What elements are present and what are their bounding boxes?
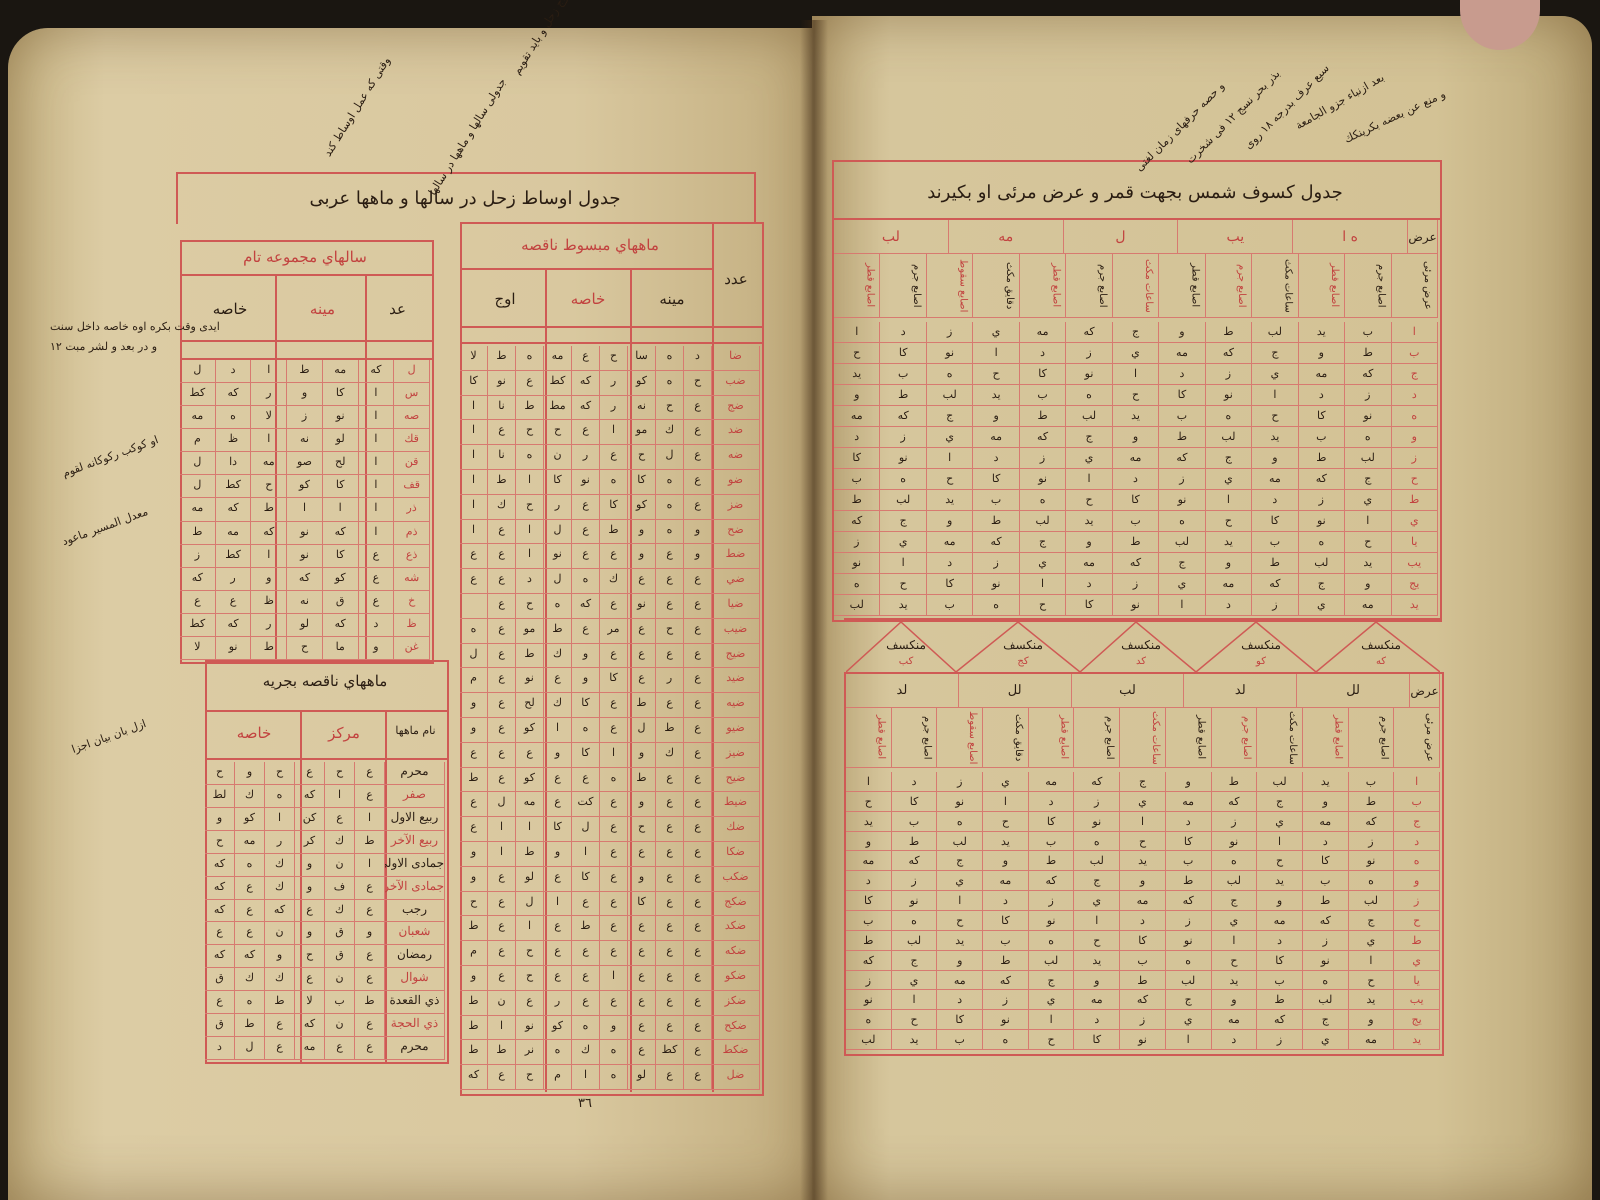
table-cell: و xyxy=(1206,553,1252,574)
table-cell: ح xyxy=(1066,490,1112,511)
table-cell: ج xyxy=(1349,911,1395,931)
table-cell: د xyxy=(1066,574,1112,595)
table-cell: ب xyxy=(1299,427,1345,448)
table-cell: يد xyxy=(1257,871,1303,891)
table-cell: د xyxy=(834,427,880,448)
table-cell: ا xyxy=(937,891,983,911)
table-cell: كه xyxy=(880,406,926,427)
table-cell: ه xyxy=(983,1030,1029,1050)
table-cell: ح xyxy=(1020,595,1066,616)
table-cell: و xyxy=(927,511,973,532)
table-cell: ز xyxy=(927,322,973,343)
table-cell: نو xyxy=(846,990,892,1010)
table-cell: كه xyxy=(973,532,1019,553)
table-cell: ج xyxy=(1020,532,1066,553)
table-cell: ا xyxy=(1252,385,1298,406)
upper-column-labels: اصابع قطر اصابع جرم اصابع سقوط دقايق مكث… xyxy=(834,254,1438,318)
table-cell: ح xyxy=(973,364,1019,385)
table-cell: ب xyxy=(1029,832,1075,852)
triangle-band: منكسف منكسف منكسف منكسف منكسف كب كج كد ك… xyxy=(846,620,1440,672)
table-cell: ز xyxy=(834,532,880,553)
row-label: و xyxy=(1394,871,1440,891)
table-cell: لب xyxy=(1349,891,1395,911)
table-cell: ا xyxy=(1345,511,1391,532)
table-cell: لب xyxy=(1212,871,1258,891)
table-cell: كه xyxy=(1299,469,1345,490)
table-cell: مه xyxy=(834,406,880,427)
row-label: ب xyxy=(1394,792,1440,812)
row-label: يج xyxy=(1394,1010,1440,1030)
table-cell: نو xyxy=(880,448,926,469)
table-cell: يد xyxy=(1113,406,1159,427)
years-table-body: لداطمهكهل كطكهروكااس مههلازنواصه مظانهلو… xyxy=(180,360,430,660)
table-cell: مه xyxy=(1159,343,1205,364)
table-cell: كه xyxy=(1303,911,1349,931)
table-cell: ز xyxy=(1299,490,1345,511)
table-cell: ا xyxy=(1020,574,1066,595)
table-cell: ط xyxy=(1252,553,1298,574)
table-cell: ح xyxy=(846,792,892,812)
table-cell: ي xyxy=(937,871,983,891)
table-cell: د xyxy=(892,772,938,792)
table-cell: ح xyxy=(834,343,880,364)
row-label: ج xyxy=(1392,364,1438,385)
table-cell: مه xyxy=(1303,812,1349,832)
table-cell: كه xyxy=(1257,1010,1303,1030)
table-cell: مه xyxy=(1113,448,1159,469)
table-cell: د xyxy=(1212,1030,1258,1050)
table-cell: ب xyxy=(1349,772,1395,792)
table-cell: ج xyxy=(937,851,983,871)
row-label: يا xyxy=(1394,971,1440,991)
table-cell: ه xyxy=(1074,832,1120,852)
table-cell: ز xyxy=(1206,364,1252,385)
table-cell: لب xyxy=(834,595,880,616)
table-cell: ه xyxy=(1206,406,1252,427)
table-cell: لب xyxy=(1299,553,1345,574)
table-cell: ي xyxy=(1074,891,1120,911)
table-cell: ط xyxy=(880,385,926,406)
table-cell: ب xyxy=(973,490,1019,511)
table-cell: نو xyxy=(1120,1030,1166,1050)
table-cell: ج xyxy=(1252,343,1298,364)
table-cell: لب xyxy=(1257,772,1303,792)
table-cell: ه xyxy=(1020,490,1066,511)
month-label: محرم xyxy=(385,762,445,785)
table-cell: ح xyxy=(1252,406,1298,427)
table-cell: مه xyxy=(1074,990,1120,1010)
table-cell: كه xyxy=(1212,792,1258,812)
table-cell: ز xyxy=(1303,931,1349,951)
table-cell: د xyxy=(937,990,983,1010)
table-cell: ي xyxy=(1257,812,1303,832)
table-cell: ج xyxy=(1066,427,1112,448)
table-cell: د xyxy=(846,871,892,891)
table-cell: ي xyxy=(1299,595,1345,616)
table-cell: مه xyxy=(1345,595,1391,616)
table-cell: و xyxy=(1257,891,1303,911)
table-cell: ي xyxy=(973,322,1019,343)
table-cell: نو xyxy=(1212,832,1258,852)
row-label: ح xyxy=(1392,469,1438,490)
table-cell: ح xyxy=(1074,931,1120,951)
table-cell: لب xyxy=(1066,406,1112,427)
table-cell: و xyxy=(1345,574,1391,595)
table-cell: ه xyxy=(834,574,880,595)
table-cell: د xyxy=(1299,385,1345,406)
table-cell: ا xyxy=(1349,951,1395,971)
table-cell: ج xyxy=(892,951,938,971)
table-cell: ز xyxy=(1349,832,1395,852)
table-cell: ج xyxy=(1166,990,1212,1010)
table-cell: كه xyxy=(1252,574,1298,595)
table-cell: و xyxy=(937,951,983,971)
table-cell: يد xyxy=(834,364,880,385)
table-cell: نو xyxy=(834,553,880,574)
table-cell: نو xyxy=(1349,851,1395,871)
table-cell: كه xyxy=(1120,990,1166,1010)
table-cell: يد xyxy=(1206,532,1252,553)
table-cell: ز xyxy=(1066,343,1112,364)
table-cell: ب xyxy=(983,931,1029,951)
table-cell: يد xyxy=(1252,427,1298,448)
table-cell: نو xyxy=(1020,469,1066,490)
table-cell: يد xyxy=(1349,990,1395,1010)
table-cell: ا xyxy=(1166,1030,1212,1050)
table-cell: كه xyxy=(1020,427,1066,448)
naqisa-col-month: نام ماهها xyxy=(388,724,443,737)
table-cell: و xyxy=(1303,792,1349,812)
table-cell: ز xyxy=(1120,1010,1166,1030)
table-cell: ه xyxy=(927,364,973,385)
table-cell: ب xyxy=(834,469,880,490)
row-label: يا xyxy=(1392,532,1438,553)
table-cell: و xyxy=(1299,343,1345,364)
table-cell: كا xyxy=(1159,385,1205,406)
table-cell: ي xyxy=(1345,490,1391,511)
table-cell: ز xyxy=(892,871,938,891)
table-cell: ج xyxy=(1206,448,1252,469)
row-label: د xyxy=(1394,832,1440,852)
table-cell: يد xyxy=(1303,772,1349,792)
naqisa-months-header: ماههاي ناقصه بجريه xyxy=(210,672,440,690)
table-cell: ط xyxy=(1029,851,1075,871)
table-cell: ط xyxy=(973,511,1019,532)
table-cell: ب xyxy=(1257,971,1303,991)
table-cell: و xyxy=(983,851,1029,871)
table-cell: يد xyxy=(1345,553,1391,574)
table-cell: و xyxy=(1074,971,1120,991)
triangle-label: منكسف xyxy=(876,638,936,652)
table-cell: كا xyxy=(983,911,1029,931)
table-cell: ه xyxy=(1166,951,1212,971)
table-cell: لب xyxy=(846,1030,892,1050)
table-cell: د xyxy=(973,448,1019,469)
table-cell: مه xyxy=(1029,772,1075,792)
table-cell: كا xyxy=(973,469,1019,490)
table-cell: ط xyxy=(1299,448,1345,469)
table-cell: كه xyxy=(892,851,938,871)
table-cell: د xyxy=(1206,595,1252,616)
table-cell: ا xyxy=(1120,812,1166,832)
table-cell: مه xyxy=(1020,322,1066,343)
table-cell: ح xyxy=(1349,971,1395,991)
table-cell: د xyxy=(1020,343,1066,364)
table-cell: يد xyxy=(1066,511,1112,532)
table-cell: لب xyxy=(1206,427,1252,448)
years-cell: ل xyxy=(180,360,216,383)
table-cell: كا xyxy=(880,343,926,364)
row-label: ج xyxy=(1394,812,1440,832)
table-cell: ب xyxy=(846,911,892,931)
table-cell: ه xyxy=(1349,871,1395,891)
table-cell: ب xyxy=(1303,871,1349,891)
right-page-title: جدول کسوف شمس بجهت قمر و عرض مرئی او بکی… xyxy=(840,182,1430,203)
table-cell: كه xyxy=(1066,322,1112,343)
table-cell: ز xyxy=(1029,891,1075,911)
row-label: ح xyxy=(1394,911,1440,931)
table-cell: ي xyxy=(983,772,1029,792)
table-cell: ز xyxy=(1159,469,1205,490)
table-cell: لب xyxy=(1345,448,1391,469)
table-cell: و xyxy=(846,832,892,852)
mabsut-col-awj: اوج xyxy=(466,290,544,308)
table-cell: نو xyxy=(892,891,938,911)
row-label: و xyxy=(1392,427,1438,448)
row-label: ه xyxy=(1394,851,1440,871)
table-cell: لب xyxy=(880,490,926,511)
table-cell: مه xyxy=(1252,469,1298,490)
table-cell: ط xyxy=(1166,871,1212,891)
table-cell: ب xyxy=(1166,851,1212,871)
margin-note: ایدی وقت بکره اوه خاصه داخل سنت xyxy=(50,320,220,334)
table-cell: ا xyxy=(983,792,1029,812)
lower-column-labels: اصابع قطر اصابع جرم اصابع سقوط دقايق مكث… xyxy=(846,708,1440,768)
table-cell: ح xyxy=(1206,511,1252,532)
table-cell: ز xyxy=(1166,911,1212,931)
row-label: ب xyxy=(1392,343,1438,364)
table-cell: كا xyxy=(1113,490,1159,511)
book-gutter xyxy=(800,20,828,1200)
table-cell: ج xyxy=(1074,871,1120,891)
table-cell: ب xyxy=(1113,511,1159,532)
table-cell: د xyxy=(880,322,926,343)
page-number: ٣٦ xyxy=(578,1096,592,1111)
table-cell: ط xyxy=(1206,322,1252,343)
years-col-khassa: خاصه xyxy=(185,300,275,318)
table-cell: ي xyxy=(1029,990,1075,1010)
table-cell: ي xyxy=(1020,553,1066,574)
table-cell: ز xyxy=(880,427,926,448)
table-cell: ج xyxy=(1345,469,1391,490)
table-cell: ح xyxy=(892,1010,938,1030)
row-label: يب xyxy=(1392,553,1438,574)
table-cell: ج xyxy=(1299,574,1345,595)
table-cell: ط xyxy=(983,951,1029,971)
mabsut-months-body: لاطهمهعحساهدضا كانوعكطكهركوهحضب اناطمطكه… xyxy=(460,346,760,1090)
row-label: ط xyxy=(1394,931,1440,951)
table-cell: ه xyxy=(1159,511,1205,532)
table-cell: ط xyxy=(1257,990,1303,1010)
table-cell: و xyxy=(1066,532,1112,553)
table-cell: مه xyxy=(983,871,1029,891)
table-cell: ز xyxy=(1113,574,1159,595)
table-cell: يد xyxy=(927,490,973,511)
table-cell: نو xyxy=(1166,931,1212,951)
table-cell: لب xyxy=(1074,851,1120,871)
table-cell: ه xyxy=(880,469,926,490)
table-cell: ج xyxy=(1120,772,1166,792)
table-cell: ي xyxy=(1212,911,1258,931)
table-cell: ز xyxy=(1252,595,1298,616)
table-cell: كه xyxy=(1166,891,1212,911)
table-cell: ي xyxy=(880,532,926,553)
table-cell: د xyxy=(1159,364,1205,385)
table-cell: ا xyxy=(1066,469,1112,490)
table-cell: مه xyxy=(937,971,983,991)
table-cell: لب xyxy=(937,832,983,852)
mabsut-months-header: ماههاي مبسوط ناقصه xyxy=(465,236,715,254)
table-cell: نو xyxy=(1299,511,1345,532)
table-cell: و xyxy=(1159,322,1205,343)
table-cell: يد xyxy=(880,595,926,616)
table-cell: كه xyxy=(1345,364,1391,385)
table-cell: ي xyxy=(1113,343,1159,364)
table-cell: ه xyxy=(1066,385,1112,406)
table-cell: ج xyxy=(1113,322,1159,343)
mabsut-col-adad: عدد xyxy=(716,270,756,288)
row-label: ه xyxy=(1392,406,1438,427)
table-cell: كا xyxy=(1029,812,1075,832)
table-cell: كه xyxy=(1349,812,1395,832)
naqisa-col-khassa: خاصه xyxy=(210,724,298,742)
table-cell: نو xyxy=(1345,406,1391,427)
naqisa-col-markaz: مركز xyxy=(305,724,383,742)
table-cell: مه xyxy=(1349,1030,1395,1050)
table-cell: ح xyxy=(927,469,973,490)
upper-group-headers: لب مه ل يب ه ا عرض xyxy=(834,220,1438,254)
table-cell: ا xyxy=(1212,931,1258,951)
table-cell: ي xyxy=(927,427,973,448)
table-cell: نو xyxy=(1303,951,1349,971)
table-cell: ح xyxy=(983,812,1029,832)
table-cell: ج xyxy=(880,511,926,532)
table-cell: يد xyxy=(1120,851,1166,871)
table-cell: كه xyxy=(1206,343,1252,364)
table-cell: د xyxy=(1113,469,1159,490)
table-cell: ج xyxy=(1159,553,1205,574)
years-table-header: سالهاي مجموعه تام xyxy=(185,248,425,266)
table-cell: نو xyxy=(1159,490,1205,511)
table-cell: كا xyxy=(1066,595,1112,616)
table-cell: نو xyxy=(973,574,1019,595)
table-cell: مه xyxy=(846,851,892,871)
table-cell: نو xyxy=(1074,812,1120,832)
table-cell: لب xyxy=(1020,511,1066,532)
table-cell: ح xyxy=(880,574,926,595)
table-cell: ي xyxy=(1166,1010,1212,1030)
table-cell: ب xyxy=(1159,406,1205,427)
table-cell: د xyxy=(927,553,973,574)
table-cell: د xyxy=(1303,832,1349,852)
table-cell: يد xyxy=(937,931,983,951)
table-cell: ي xyxy=(1349,931,1395,951)
table-cell: كه xyxy=(1029,871,1075,891)
table-cell: لب xyxy=(1252,322,1298,343)
table-cell: ز xyxy=(1212,812,1258,832)
table-cell: ه xyxy=(1303,971,1349,991)
table-cell: كه xyxy=(1074,772,1120,792)
mabsut-col-khassa: خاصه xyxy=(549,290,627,308)
table-cell: د xyxy=(1074,1010,1120,1030)
table-cell: ي xyxy=(1159,574,1205,595)
table-cell: لب xyxy=(1159,532,1205,553)
table-cell: و xyxy=(1349,1010,1395,1030)
table-cell: ج xyxy=(1212,891,1258,911)
table-cell: كا xyxy=(892,792,938,812)
table-cell: يد xyxy=(892,1030,938,1050)
table-cell: يد xyxy=(1212,971,1258,991)
table-cell: ز xyxy=(1074,792,1120,812)
table-cell: كه xyxy=(1113,553,1159,574)
table-cell: ا xyxy=(1029,1010,1075,1030)
table-cell: ي xyxy=(1252,364,1298,385)
table-cell: ح xyxy=(1029,1030,1075,1050)
table-cell: كا xyxy=(1020,364,1066,385)
row-label: ا xyxy=(1392,322,1438,343)
table-cell: كه xyxy=(983,971,1029,991)
table-cell: كا xyxy=(1299,406,1345,427)
table-cell: د xyxy=(1120,911,1166,931)
table-cell: ي xyxy=(1120,792,1166,812)
table-cell: ط xyxy=(1303,891,1349,911)
table-cell: ز xyxy=(1020,448,1066,469)
table-cell: ز xyxy=(1257,1030,1303,1050)
table-cell: ا xyxy=(973,343,1019,364)
table-cell: ز xyxy=(937,772,983,792)
table-cell: ح xyxy=(1257,851,1303,871)
table-cell: د xyxy=(983,891,1029,911)
table-cell: لب xyxy=(1166,971,1212,991)
table-cell: د xyxy=(1029,792,1075,812)
table-cell: ز xyxy=(973,553,1019,574)
table-cell: ي xyxy=(1303,1030,1349,1050)
table-cell: مه xyxy=(1212,1010,1258,1030)
table-cell: ط xyxy=(1349,792,1395,812)
years-col-markaz: مینه xyxy=(280,300,365,318)
table-cell: ه xyxy=(892,911,938,931)
table-cell: ط xyxy=(1113,532,1159,553)
table-cell: لب xyxy=(927,385,973,406)
table-cell: د xyxy=(1252,490,1298,511)
table-cell: ا xyxy=(892,990,938,1010)
row-label: ز xyxy=(1392,448,1438,469)
table-cell: نو xyxy=(927,343,973,364)
table-cell: ج xyxy=(1303,1010,1349,1030)
table-cell: ه xyxy=(937,812,983,832)
table-cell: نو xyxy=(983,1010,1029,1030)
table-cell: ي xyxy=(892,971,938,991)
table-cell: نو xyxy=(1029,911,1075,931)
lower-table-body: ادزيمهكهجوطلبيدباحكانوادزيمهكهجوطبيدبهحك… xyxy=(846,772,1440,1050)
table-cell: لب xyxy=(1303,990,1349,1010)
table-cell: كا xyxy=(846,891,892,911)
table-cell: نو xyxy=(937,792,983,812)
table-cell: و xyxy=(973,406,1019,427)
table-cell: نو xyxy=(1066,364,1112,385)
table-cell: لب xyxy=(1029,951,1075,971)
table-cell: ب xyxy=(892,812,938,832)
